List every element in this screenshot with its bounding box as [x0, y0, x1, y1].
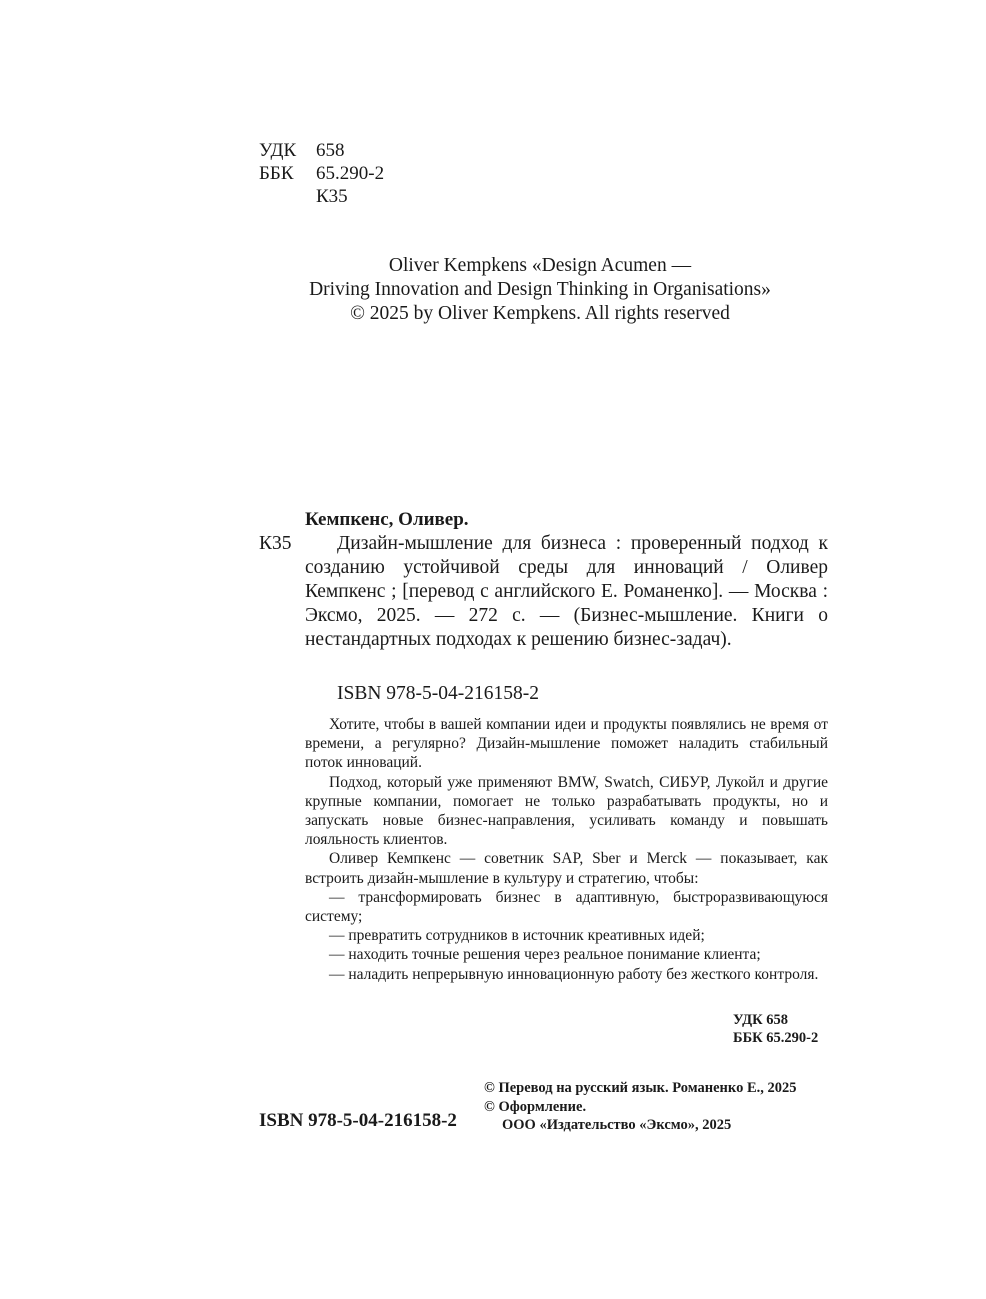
annotation-bullet: — наладить непрерывную инновационную раб…	[305, 965, 828, 984]
bbk-value: 65.290-2	[316, 163, 384, 184]
annotation-bullet: — превратить сотрудников в источник креа…	[305, 926, 828, 945]
bbk-bottom: ББК 65.290-2	[733, 1029, 818, 1047]
bib-description: Дизайн-мышление для бизнеса : проверенны…	[305, 532, 828, 652]
bibliographic-record: Кемпкенс, Оливер. Дизайн-мышление для би…	[305, 508, 828, 652]
udk-bottom: УДК 658	[733, 1011, 818, 1029]
original-title-line-2: Driving Innovation and Design Thinking i…	[250, 278, 830, 302]
annotation-bullet: — трансформировать бизнес в адаптивную, …	[305, 888, 828, 926]
bib-author-heading: Кемпкенс, Оливер.	[305, 508, 828, 532]
bbk-row: ББК65.290-2	[259, 162, 384, 185]
publisher-line: ООО «Издательство «Эксмо», 2025	[484, 1116, 797, 1135]
udk-value: 658	[316, 140, 345, 161]
udk-label: УДК	[259, 139, 316, 162]
annotation-bullet: — находить точные решения через реальное…	[305, 945, 828, 964]
bbk-label: ББК	[259, 162, 316, 185]
original-edition-notice: Oliver Kempkens «Design Acumen — Driving…	[250, 254, 830, 326]
annotation: Хотите, чтобы в вашей компании идеи и пр…	[305, 715, 828, 984]
isbn-imprint: ISBN 978-5-04-216158-2	[259, 1109, 457, 1133]
bib-isbn: ISBN 978-5-04-216158-2	[337, 682, 539, 706]
original-title-line-1: Oliver Kempkens «Design Acumen —	[250, 254, 830, 278]
annotation-paragraph: Оливер Кемпкенс — советник SAP, Sber и M…	[305, 849, 828, 887]
copyright-block: © Перевод на русский язык. Романенко Е.,…	[484, 1079, 797, 1135]
author-mark-top: К35	[316, 186, 348, 207]
author-mark-row: К35	[259, 185, 348, 208]
annotation-paragraph: Хотите, чтобы в вашей компании идеи и пр…	[305, 715, 828, 773]
udk-row: УДК658	[259, 139, 345, 162]
original-copyright-line: © 2025 by Oliver Kempkens. All rights re…	[250, 302, 830, 326]
bib-author-mark: К35	[259, 532, 292, 556]
copyright-design: © Оформление.	[484, 1098, 797, 1117]
annotation-paragraph: Подход, который уже применяют BMW, Swatc…	[305, 773, 828, 850]
copyright-translation: © Перевод на русский язык. Романенко Е.,…	[484, 1079, 797, 1098]
classification-bottom: УДК 658 ББК 65.290-2	[733, 1011, 818, 1047]
